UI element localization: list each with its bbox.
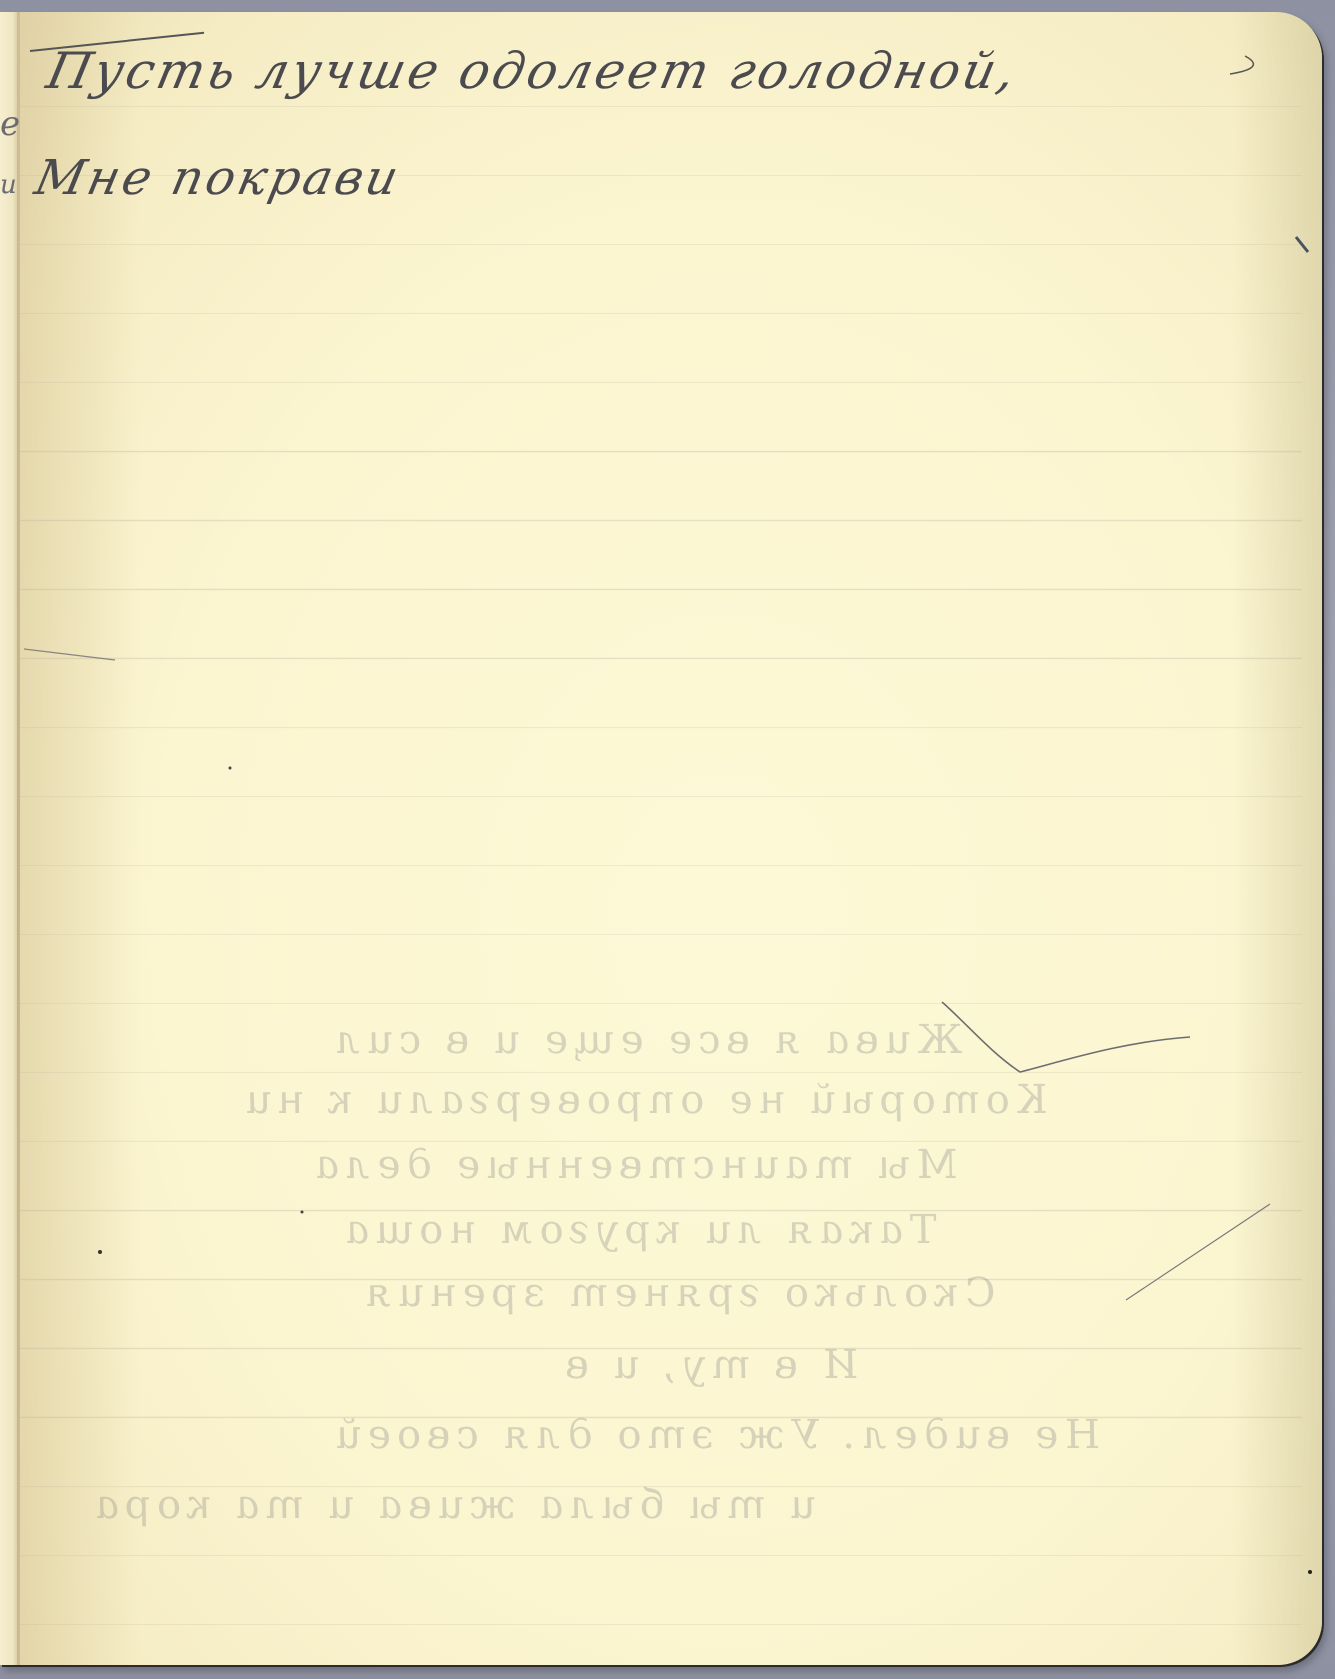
pencil-marks [0, 12, 1322, 1665]
notebook-page: е и Жива я все еще и в сил Который не оп… [0, 12, 1322, 1665]
